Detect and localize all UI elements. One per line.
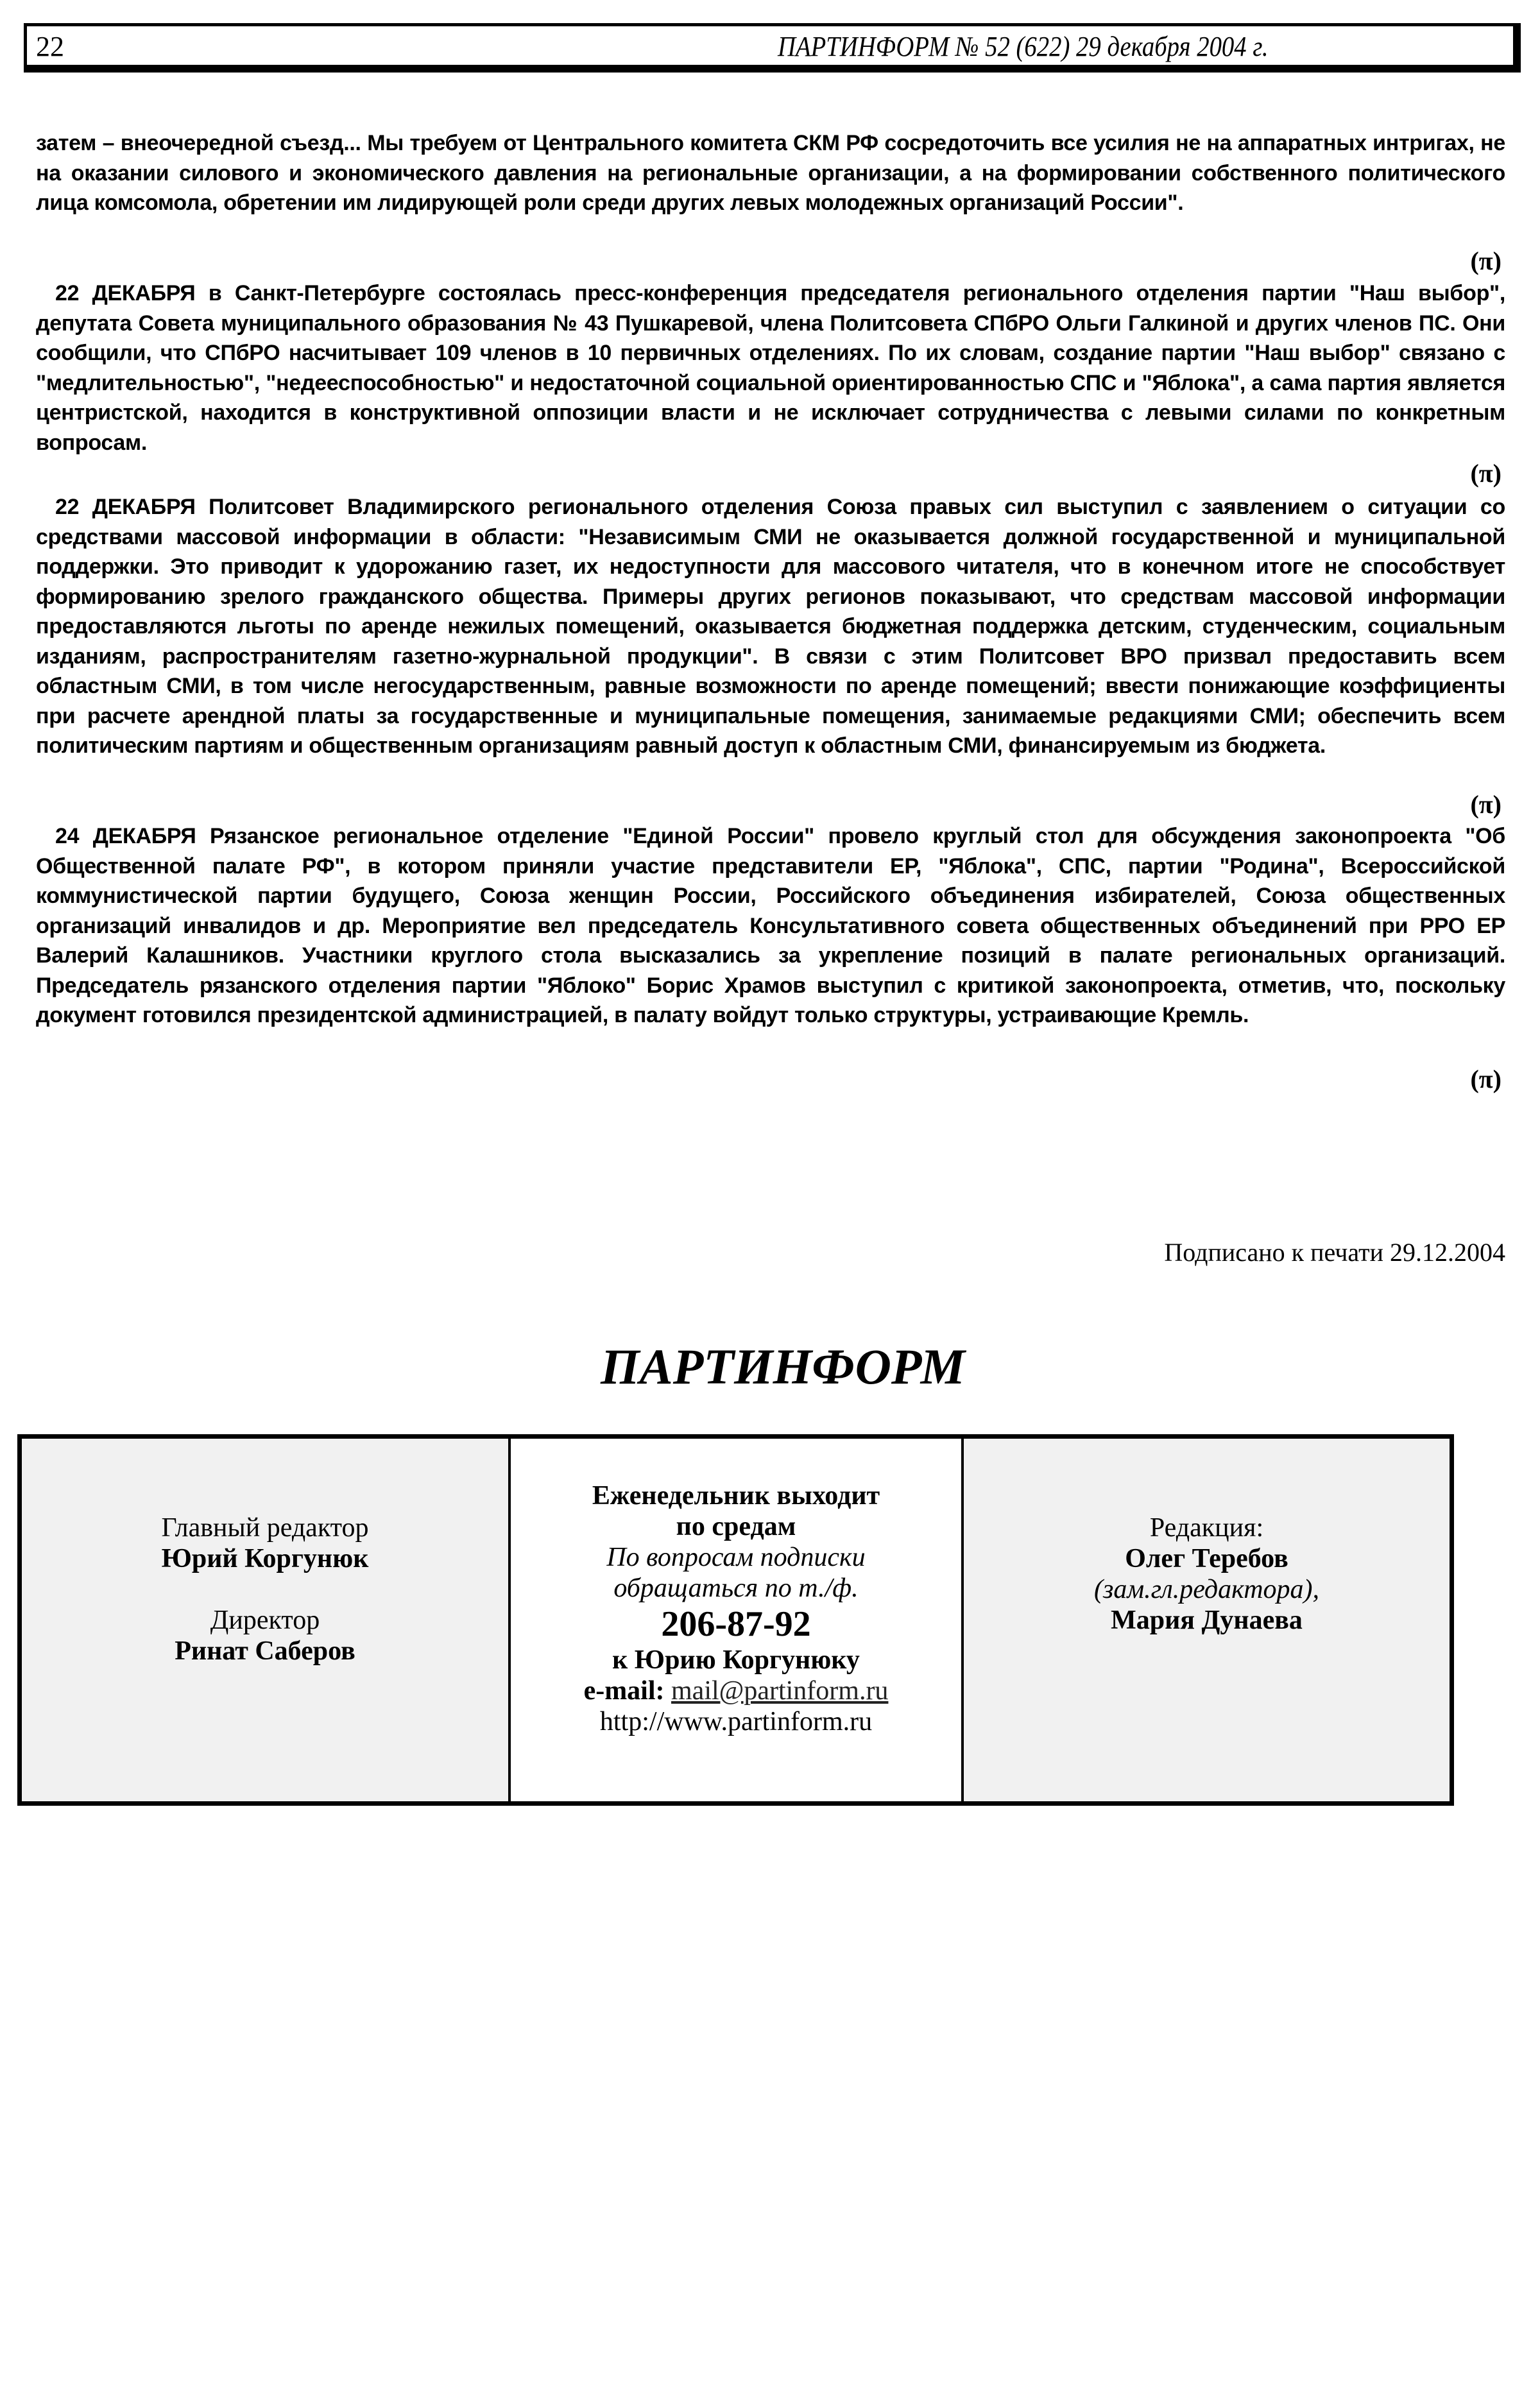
signed-to-print: Подписано к печати 29.12.2004	[1164, 1237, 1505, 1267]
subscription-text: обращаться по т./ф.	[613, 1573, 858, 1604]
role-label: (зам.гл.редактора),	[1094, 1574, 1319, 1605]
source-mark: (π)	[1470, 458, 1502, 488]
staff-name: Ринат Саберов	[175, 1636, 355, 1667]
role-label: Директор	[210, 1605, 320, 1636]
source-mark: (π)	[1470, 789, 1502, 819]
source-mark: (π)	[1470, 1064, 1502, 1094]
email-row: e-mail: mail@partinform.ru	[584, 1675, 889, 1706]
article-text: в Санкт-Петербурге состоялась пресс-конф…	[36, 281, 1505, 455]
article-item: 22 ДЕКАБРЯ Политсовет Владимирского реги…	[36, 492, 1505, 761]
role-label: Главный редактор	[162, 1512, 369, 1543]
article-text: затем – внеочередной съезд... Мы требуем…	[36, 131, 1505, 215]
website-link[interactable]: http://www.partinform.ru	[600, 1706, 872, 1737]
editorial-label: Редакция:	[1150, 1512, 1263, 1543]
imprint-box: Главный редактор Юрий Коргунюк Директор …	[17, 1434, 1454, 1806]
imprint-staff: Главный редактор Юрий Коргунюк Директор …	[22, 1439, 511, 1801]
staff-name: Мария Дунаева	[1111, 1605, 1303, 1636]
article-item: 24 ДЕКАБРЯ Рязанское региональное отделе…	[36, 821, 1505, 1031]
staff-name: Олег Теребов	[1125, 1543, 1288, 1574]
article-item: 22 ДЕКАБРЯ в Санкт-Петербурге состоялась…	[36, 278, 1505, 458]
imprint-editorial: Редакция: Олег Теребов (зам.гл.редактора…	[964, 1439, 1450, 1801]
article-date: 22 ДЕКАБРЯ	[55, 281, 195, 305]
article-date: 22 ДЕКАБРЯ	[55, 495, 196, 519]
contact-person: к Юрию Коргунюку	[612, 1645, 860, 1675]
schedule-text: по средам	[676, 1511, 796, 1542]
issue-title: ПАРТИНФОРМ № 52 (622) 29 декабря 2004 г.	[778, 30, 1269, 63]
masthead-title: ПАРТИНФОРМ	[0, 1338, 1540, 1396]
article-date: 24 ДЕКАБРЯ	[55, 824, 196, 848]
email-label: e-mail:	[584, 1676, 665, 1706]
article-text: Рязанское региональное отделение "Единой…	[36, 824, 1505, 1027]
staff-name: Юрий Коргунюк	[162, 1543, 369, 1574]
phone-number: 206-87-92	[661, 1604, 810, 1645]
subscription-text: По вопросам подписки	[606, 1542, 865, 1573]
page-number: 22	[36, 30, 64, 63]
article-text: Политсовет Владимирского регионального о…	[36, 495, 1505, 758]
email-link[interactable]: mail@partinform.ru	[671, 1676, 888, 1706]
imprint-contacts: Еженедельник выходит по средам По вопрос…	[511, 1439, 964, 1801]
article-continuation: затем – внеочередной съезд... Мы требуем…	[36, 128, 1505, 218]
schedule-text: Еженедельник выходит	[592, 1480, 880, 1511]
source-mark: (π)	[1470, 246, 1502, 276]
page-header: 22 ПАРТИНФОРМ № 52 (622) 29 декабря 2004…	[24, 23, 1521, 73]
